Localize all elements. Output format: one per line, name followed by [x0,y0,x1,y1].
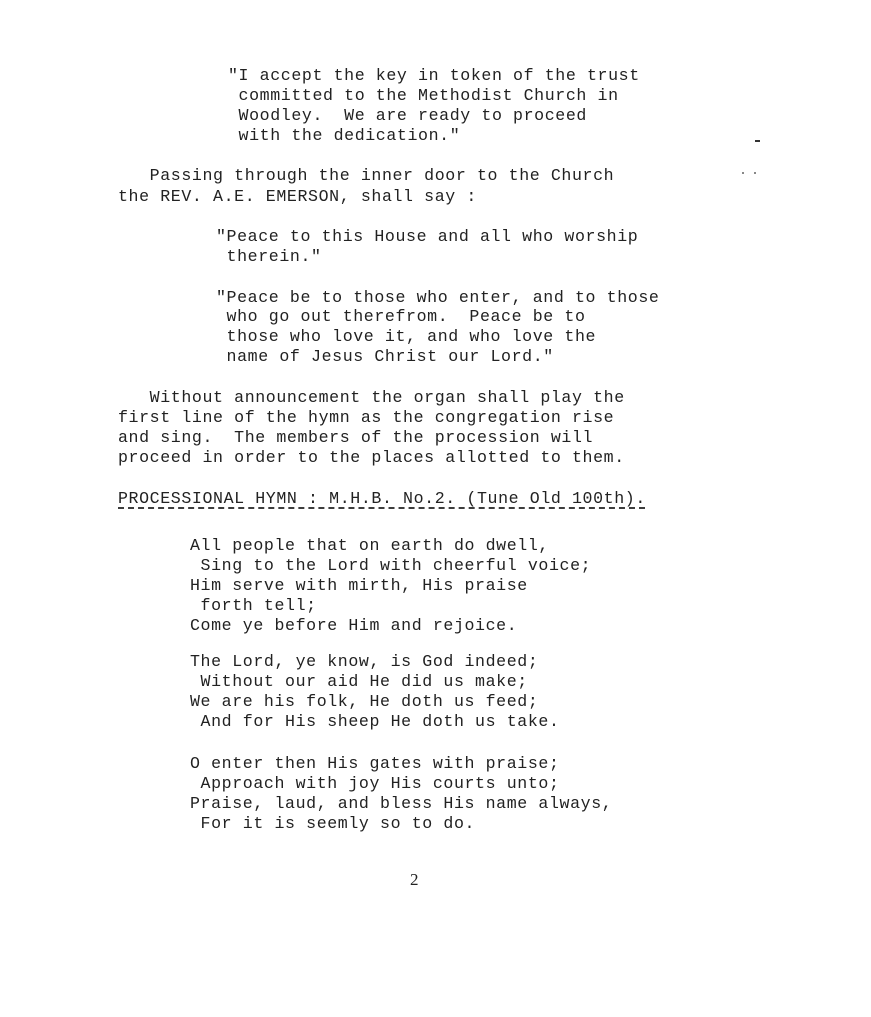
text-line: "I accept the key in token of the trust [228,66,640,86]
verse-line: O enter then His gates with praise; [190,754,560,774]
verse-line: Praise, laud, and bless His name always, [190,794,612,814]
verse-line: Come ye before Him and rejoice. [190,616,517,636]
scan-speck [755,140,760,142]
verse-line: And for His sheep He doth us take. [190,712,560,732]
verse-line: Him serve with mirth, His praise [190,576,528,596]
page-number: 2 [410,870,419,890]
text-line: committed to the Methodist Church in [228,86,619,106]
text-line: Without announcement the organ shall pla… [118,388,625,408]
text-line: first line of the hymn as the congregati… [118,408,614,428]
text-line: Woodley. We are ready to proceed [228,106,587,126]
text-line: with the dedication." [228,126,460,146]
text-line: "Peace to this House and all who worship [216,227,638,247]
text-line: Passing through the inner door to the Ch… [118,166,614,186]
text-line: who go out therefrom. Peace be to [216,307,586,327]
document-page: "I accept the key in token of the trust … [0,0,871,1017]
verse-line: All people that on earth do dwell, [190,536,549,556]
verse-line: Without our aid He did us make; [190,672,528,692]
text-line: therein." [216,247,322,267]
verse-line: We are his folk, He doth us feed; [190,692,538,712]
scan-speck [742,172,744,174]
text-line: proceed in order to the places allotted … [118,448,625,468]
text-line: name of Jesus Christ our Lord." [216,347,554,367]
hymn-heading: PROCESSIONAL HYMN : M.H.B. No.2. (Tune O… [118,489,646,509]
verse-line: For it is seemly so to do. [190,814,475,834]
verse-line: Approach with joy His courts unto; [190,774,560,794]
text-line: the REV. A.E. EMERSON, shall say : [118,187,477,207]
text-line: "Peace be to those who enter, and to tho… [216,288,659,308]
text-line: and sing. The members of the procession … [118,428,593,448]
text-line: those who love it, and who love the [216,327,596,347]
verse-line: The Lord, ye know, is God indeed; [190,652,538,672]
verse-line: forth tell; [190,596,317,616]
verse-line: Sing to the Lord with cheerful voice; [190,556,591,576]
scan-speck [754,172,756,174]
